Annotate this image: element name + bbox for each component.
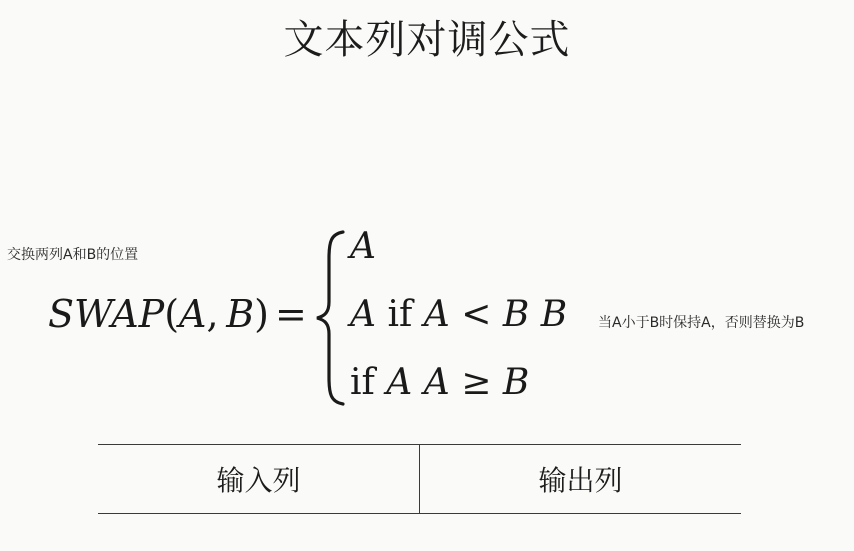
header-output-column: 输出列 xyxy=(420,445,741,513)
column-table: 输入列 输出列 xyxy=(98,444,741,514)
case2-b: B xyxy=(503,294,529,335)
page-title: 文本列对调公式 xyxy=(0,8,854,65)
case3-b: B xyxy=(503,362,529,403)
open-paren: ( xyxy=(164,292,179,336)
case-row-1: A xyxy=(350,226,376,267)
equals-sign: = xyxy=(275,292,307,336)
case2-a: A xyxy=(350,294,376,335)
case3-if: if xyxy=(350,362,375,403)
case3-greater-equal: ≥ xyxy=(461,362,491,403)
formula-lhs: SWAP(A, B) xyxy=(48,292,269,336)
case-row-3: if A A ≥ B xyxy=(350,362,529,403)
case2-a2: A xyxy=(424,294,450,335)
function-name: SWAP xyxy=(48,292,164,336)
case-row-2: A if A < B B xyxy=(350,294,567,335)
case3-a2: A xyxy=(424,362,450,403)
case2-if: if xyxy=(387,294,412,335)
header-input-column: 输入列 xyxy=(98,445,420,513)
case2-b2: B xyxy=(541,294,567,335)
arg-b: B xyxy=(226,292,254,336)
condition-description-note: 当A小于B时保持A，否则替换为B xyxy=(598,312,804,332)
case2-less-than: < xyxy=(461,294,491,335)
swap-description-note: 交换两列A和B的位置 xyxy=(7,244,138,264)
left-brace-icon xyxy=(313,228,349,408)
case3-a: A xyxy=(386,362,412,403)
comma: , xyxy=(207,292,219,336)
case1-a: A xyxy=(350,226,376,267)
close-paren: ) xyxy=(254,292,269,336)
arg-a: A xyxy=(179,292,206,336)
